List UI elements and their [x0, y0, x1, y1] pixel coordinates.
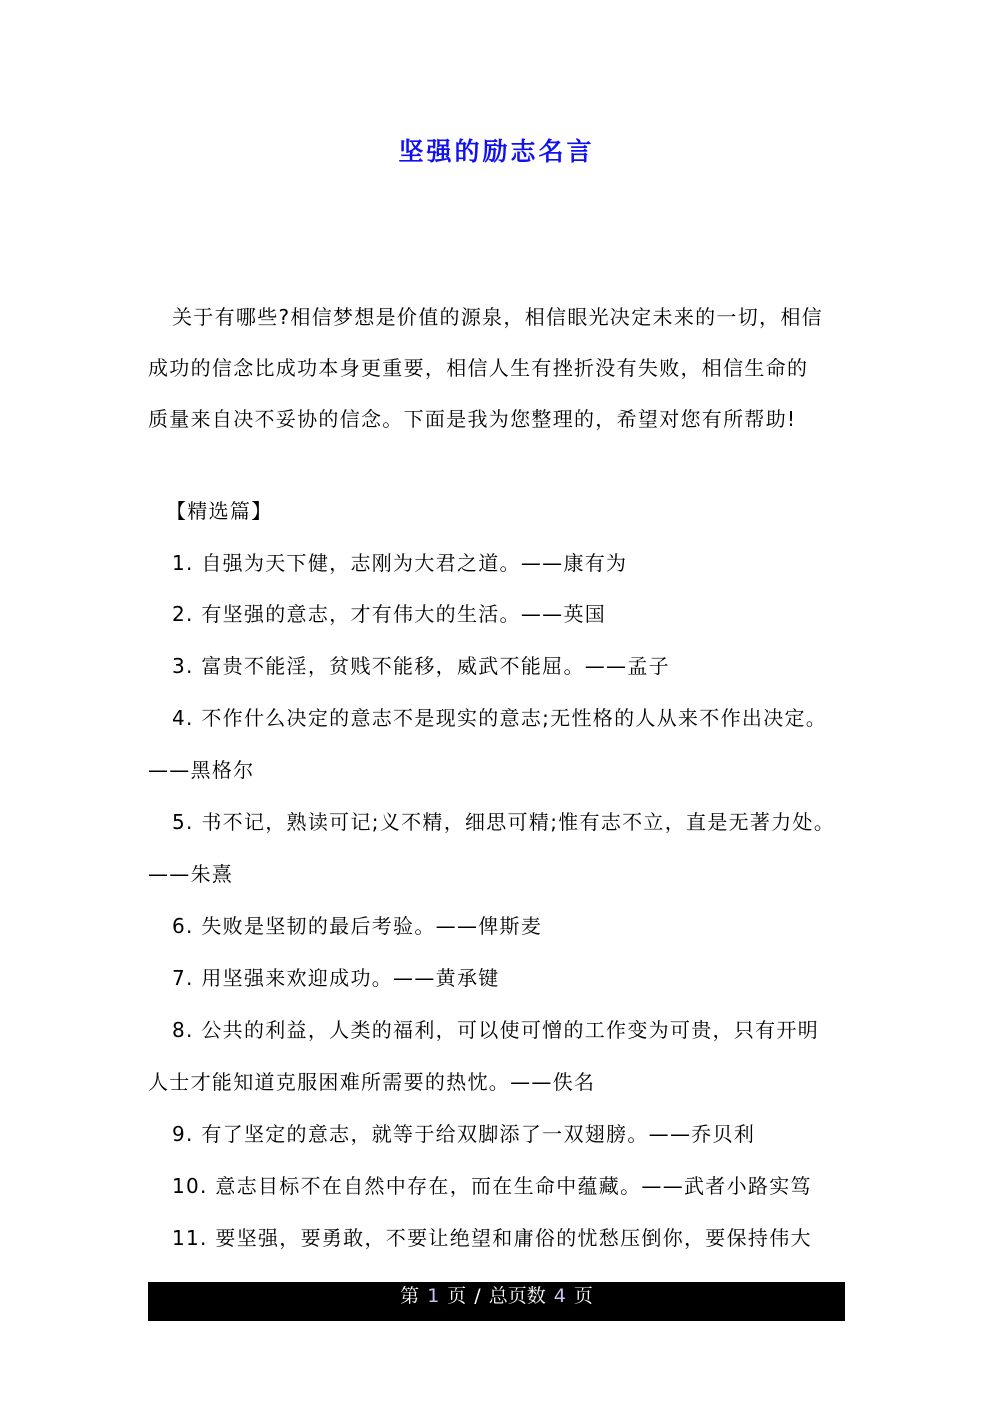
quote-text: 书不记，熟读可记;义不精，细思可精;惟有志不立，直是无著力处。	[201, 810, 835, 834]
quote-item: 6. 失败是坚韧的最后考验。——俾斯麦	[172, 914, 542, 938]
total-pages-number: 4	[554, 1285, 566, 1307]
page-footer: 第1页/总页数4页	[148, 1282, 845, 1321]
quote-text: 不作什么决定的意志不是现实的意志;无性格的人从来不作出决定。	[201, 706, 827, 730]
footer-total-label: 总页数	[489, 1285, 546, 1307]
quote-text: 失败是坚韧的最后考验。——俾斯麦	[201, 914, 542, 938]
quote-item: 7. 用坚强来欢迎成功。——黄承键	[172, 966, 500, 990]
quote-number: 8.	[172, 1018, 194, 1042]
quote-number: 9.	[172, 1122, 194, 1146]
quote-item: 8. 公共的利益，人类的福利，可以使可憎的工作变为可贵，只有开明	[172, 1018, 819, 1042]
quote-text: 用坚强来欢迎成功。——黄承键	[201, 966, 499, 990]
quote-text: 意志目标不在自然中存在，而在生命中蕴藏。——武者小路实笃	[215, 1174, 811, 1198]
quote-item: 3. 富贵不能淫，贫贱不能移，威武不能屈。——孟子	[172, 654, 670, 678]
quote-number: 10.	[172, 1174, 208, 1198]
quote-item: 11. 要坚强，要勇敢，不要让绝望和庸俗的忧愁压倒你，要保持伟大	[172, 1226, 812, 1250]
quote-text: 有了坚定的意志，就等于给双脚添了一双翅膀。——乔贝利	[201, 1122, 755, 1146]
quote-number: 1.	[172, 551, 194, 575]
quote-item: 5. 书不记，熟读可记;义不精，细思可精;惟有志不立，直是无著力处。	[172, 810, 835, 834]
quote-text: 要坚强，要勇敢，不要让绝望和庸俗的忧愁压倒你，要保持伟大	[215, 1226, 811, 1250]
quote-continuation: ——黑格尔	[148, 758, 255, 782]
intro-line: 质量来自决不妥协的信念。下面是我为您整理的，希望对您有所帮助!	[148, 407, 796, 431]
quote-continuation: 人士才能知道克服困难所需要的热忱。——佚名	[148, 1070, 595, 1094]
footer-suffix: 页	[574, 1285, 593, 1307]
quote-text: 自强为天下健，志刚为大君之道。——康有为	[201, 551, 627, 575]
quote-number: 5.	[172, 810, 194, 834]
quote-number: 6.	[172, 914, 194, 938]
footer-page-word: 页	[447, 1285, 466, 1307]
footer-separator: /	[474, 1285, 480, 1307]
document-title: 坚强的励志名言	[0, 132, 993, 168]
quote-item: 2. 有坚强的意志，才有伟大的生活。——英国	[172, 602, 606, 626]
quote-number: 11.	[172, 1226, 208, 1250]
footer-prefix: 第	[400, 1285, 419, 1307]
quote-continuation: ——朱熹	[148, 862, 233, 886]
section-heading: 【精选篇】	[166, 499, 273, 523]
quote-item: 4. 不作什么决定的意志不是现实的意志;无性格的人从来不作出决定。	[172, 706, 827, 730]
quote-number: 4.	[172, 706, 194, 730]
quote-item: 10. 意志目标不在自然中存在，而在生命中蕴藏。——武者小路实笃	[172, 1174, 812, 1198]
current-page-number: 1	[427, 1285, 439, 1307]
quote-text: 富贵不能淫，贫贱不能移，威武不能屈。——孟子	[201, 654, 670, 678]
quote-number: 7.	[172, 966, 194, 990]
quote-number: 3.	[172, 654, 194, 678]
quote-text: 有坚强的意志，才有伟大的生活。——英国	[201, 602, 606, 626]
intro-line: 关于有哪些?相信梦想是价值的源泉，相信眼光决定未来的一切，相信	[172, 305, 823, 329]
quote-item: 1. 自强为天下健，志刚为大君之道。——康有为	[172, 551, 627, 575]
quote-text: 公共的利益，人类的福利，可以使可憎的工作变为可贵，只有开明	[201, 1018, 819, 1042]
intro-line: 成功的信念比成功本身更重要，相信人生有挫折没有失败，相信生命的	[148, 356, 808, 380]
quote-item: 9. 有了坚定的意志，就等于给双脚添了一双翅膀。——乔贝利	[172, 1122, 755, 1146]
quote-number: 2.	[172, 602, 194, 626]
